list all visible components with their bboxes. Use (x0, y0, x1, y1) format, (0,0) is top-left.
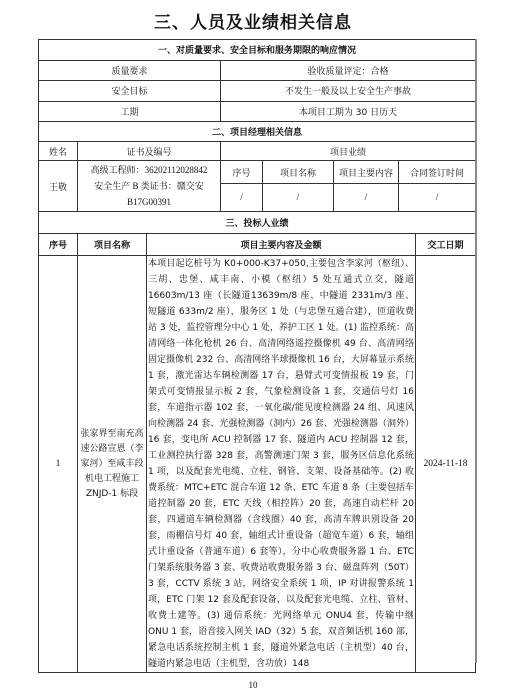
col-completion-date: 交工日期 (416, 234, 476, 256)
section2-header: 二、项目经理相关信息 (39, 122, 476, 142)
section1-header: 一、对质量要求、安全目标和服务期限的响应情况 (39, 40, 476, 61)
perf-col-index: 序号 (221, 161, 263, 184)
cert-col-header: 证书及编号 (78, 142, 221, 161)
manager-name: 王敬 (39, 161, 78, 212)
name-col-header: 姓名 (39, 142, 78, 161)
row-index: 1 (39, 256, 78, 673)
page-number: 10 (0, 680, 506, 690)
manager-cert: 高级工程师：36202112028842 安全生产 B 类证书：赣交安 B17G… (78, 161, 221, 212)
table-row: 1 张家界至南充高速公路宣恩（李家河）至咸丰段机电工程施工 ZNJD-1 标段 … (39, 256, 476, 673)
row-project-name: 张家界至南充高速公路宣恩（李家河）至咸丰段机电工程施工 ZNJD-1 标段 (78, 256, 147, 673)
perf-col-date: 合同签订时间 (399, 161, 476, 184)
perf-value-index: / (221, 184, 263, 212)
bidder-performance-table: 三、投标人业绩 序号 项目名称 项目主要内容及金额 交工日期 1 张家界至南充高… (38, 211, 476, 673)
col-index: 序号 (39, 234, 78, 256)
perf-value-name: / (263, 184, 334, 212)
page-edge-shadow (475, 39, 477, 663)
perf-col-header: 项目业绩 (221, 142, 476, 161)
cert-line-1: 高级工程师：36202112028842 (78, 162, 220, 178)
perf-col-name: 项目名称 (263, 161, 334, 184)
perf-value-content: / (334, 184, 399, 212)
safety-label: 安全目标 (39, 81, 221, 102)
col-content: 项目主要内容及金额 (147, 234, 416, 256)
row-date: 2024-11-18 (416, 256, 476, 673)
section3-header: 三、投标人业绩 (39, 212, 476, 234)
quality-label: 质量要求 (39, 60, 221, 81)
response-table: 一、对质量要求、安全目标和服务期限的响应情况 质量要求 验收质量评定：合格 安全… (38, 39, 476, 122)
row-content: 本项目起讫桩号为 K0+000-K37+050,主要包含李家河（枢纽）、三胡、忠… (147, 256, 416, 673)
perf-col-content: 项目主要内容 (334, 161, 399, 184)
safety-value: 不发生一般及以上安全生产事故 (221, 81, 476, 102)
manager-table: 二、项目经理相关信息 姓名 证书及编号 项目业绩 王敬 高级工程师：362021… (38, 121, 476, 212)
cert-line-2: 安全生产 B 类证书：赣交安 (78, 178, 220, 194)
page-title: 三、人员及业绩相关信息 (0, 8, 506, 33)
quality-value: 验收质量评定：合格 (221, 60, 476, 81)
duration-value: 本项目工期为 30 日历天 (221, 101, 476, 122)
duration-label: 工期 (39, 101, 221, 122)
cert-line-3: B17G00391 (78, 194, 220, 210)
col-project-name: 项目名称 (78, 234, 147, 256)
perf-value-date: / (399, 184, 476, 212)
